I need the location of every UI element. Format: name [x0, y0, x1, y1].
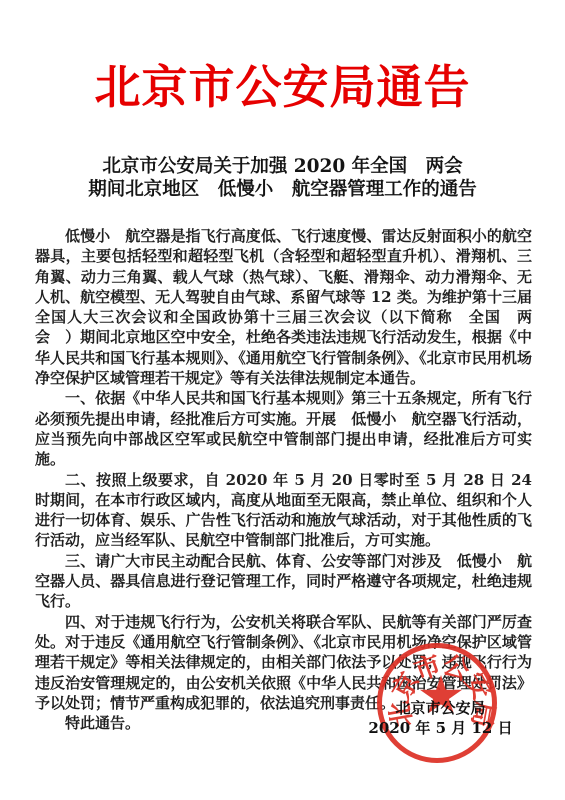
paragraph-item-1: 一、依据《中华人民共和国飞行基本规则》第三十五条规定，所有飞行必须预先提出申请，…: [35, 388, 532, 469]
paragraph-definition: 低慢小 航空器是指飞行高度低、飞行速度慢、雷达反射面积小的航空器具，主要包括轻型…: [35, 226, 532, 388]
paragraph-item-2: 二、按照上级要求，自 2020 年 5 月 20 日零时至 5 月 28 日 2…: [35, 470, 532, 551]
signature-block: 北京市公安局 2020 年 5 月 12 日: [368, 698, 513, 738]
signature-date: 2020 年 5 月 12 日: [368, 718, 513, 738]
document-subtitle: 北京市公安局关于加强 2020 年全国 两会 期间北京地区 低慢小 航空器管理工…: [0, 155, 565, 201]
paragraph-item-3: 三、请广大市民主动配合民航、体育、公安等部门对涉及 低慢小 航空器人员、器具信息…: [35, 551, 532, 612]
notice-document-page: 北京市公安局通告 北京市公安局关于加强 2020 年全国 两会 期间北京地区 低…: [0, 0, 565, 800]
signature-organization: 北京市公安局: [368, 698, 513, 718]
document-title: 北京市公安局通告: [0, 58, 565, 116]
subtitle-line-1: 北京市公安局关于加强 2020 年全国 两会: [0, 155, 565, 178]
subtitle-line-2: 期间北京地区 低慢小 航空器管理工作的通告: [0, 178, 565, 201]
